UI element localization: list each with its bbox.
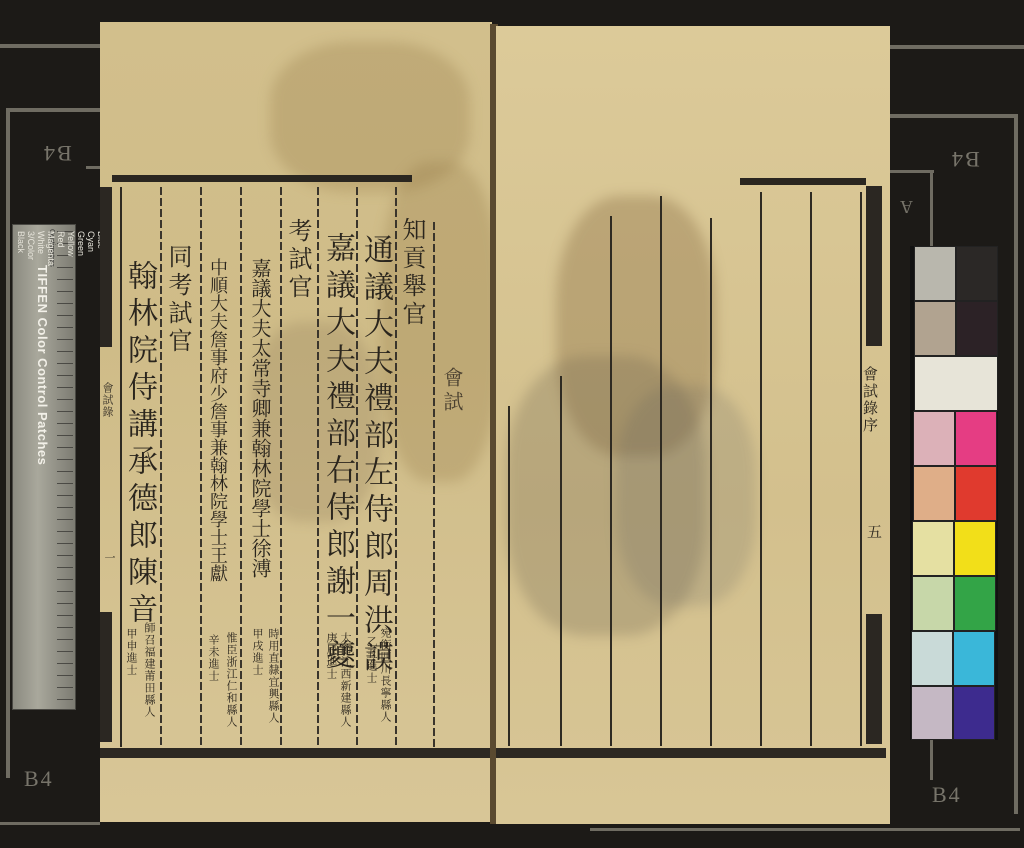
b4-label: B4: [932, 782, 962, 808]
ruler-ticks: [57, 231, 73, 701]
patch-peach: [913, 466, 955, 521]
patch-green: [954, 576, 996, 631]
background-guide-line: [6, 108, 10, 778]
background-guide-line: [1014, 114, 1018, 814]
column-rule: [433, 222, 435, 747]
column-rule: [317, 187, 319, 747]
background-guide-line: [590, 828, 1020, 831]
patch-neutral-light: [914, 246, 956, 301]
column-rule: [760, 192, 762, 746]
column-rule: [508, 406, 510, 746]
column-rule: [610, 216, 612, 746]
patch-magenta: [955, 411, 997, 466]
b4-label: B4: [24, 766, 54, 792]
color-name: Cyan: [86, 231, 96, 266]
column-rule: [240, 187, 242, 747]
patch-yellow-light: [912, 521, 954, 576]
official-zhou-hongmo: 通議大夫禮部左侍郎周洪謨: [360, 234, 390, 678]
color-name-list: Blue Cyan Green Yellow Red Magenta White…: [16, 231, 106, 284]
right-book-page: 會試錄序 五: [496, 26, 890, 824]
brand-logo: TIFFEN: [35, 265, 50, 314]
background-guide-line: [0, 822, 100, 825]
color-name: Magenta: [46, 231, 56, 266]
page-frame-top: [740, 178, 866, 185]
patch-lavender: [911, 686, 953, 740]
background-guide-line: [6, 108, 106, 112]
brand-subtitle: Color Control Patches: [35, 318, 50, 466]
patch-tan: [914, 301, 956, 356]
background-guide-line: [0, 44, 110, 48]
fold-margin-block: [866, 186, 882, 346]
column-rule: [160, 187, 162, 747]
patch-green-light: [912, 576, 954, 631]
color-name: 3/Color: [26, 231, 36, 266]
color-patch-card: [910, 246, 998, 740]
page-frame-top: [112, 175, 412, 182]
tiffen-color-control-strip: Centimetres Blue Cyan Green Yellow Red M…: [12, 224, 76, 710]
patch-black: [956, 301, 998, 356]
color-name: Black: [16, 231, 26, 266]
margin-huishi-label: 會試: [442, 367, 462, 415]
background-guide-line: [890, 170, 934, 173]
color-name: Red: [56, 231, 66, 266]
patch-pink-light: [913, 411, 955, 466]
page-frame-bottom: [100, 748, 490, 758]
official-wang-xian: 中順大夫詹事府少詹事兼翰林院學士王獻: [208, 258, 226, 582]
margin-title: 會試錄序: [862, 366, 877, 434]
column-rule: [560, 376, 562, 746]
fold-margin-block: [100, 187, 112, 347]
heading-kaoshi-guan: 考試官: [286, 218, 310, 302]
column-rule: [810, 192, 812, 746]
left-book-page: 會試錄 一 知貢舉官 通議大夫禮部左侍郎周洪謨 宛衡四川長寧縣人 乙丑進士 嘉議…: [100, 22, 492, 822]
background-guide-line: [890, 45, 1024, 49]
patch-neutral-dark: [956, 246, 998, 301]
background-guide-line: [86, 166, 100, 169]
patch-blue: [953, 686, 995, 740]
column-rule: [280, 187, 282, 747]
heading-tongkaoshi-guan: 同考試官: [166, 244, 190, 356]
column-rule: [710, 218, 712, 746]
margin-page-number: 一: [104, 552, 115, 564]
fold-margin-block: [100, 612, 112, 742]
b4-label: B4: [42, 140, 72, 166]
official-note: 甲申進士: [126, 628, 137, 676]
official-xu-pu: 嘉議大夫太常寺卿兼翰林院學士徐溥: [250, 258, 270, 578]
margin-title: 會試錄: [102, 382, 113, 418]
official-note: 師召福建莆田縣人: [144, 622, 155, 718]
heading-zhigongju-guan: 知貢舉官: [400, 217, 424, 329]
a-label: A: [898, 196, 913, 217]
official-note: 庚辰進士: [326, 632, 337, 680]
b4-label: B4: [950, 146, 980, 172]
patch-white: [914, 356, 998, 411]
patch-red: [955, 466, 997, 521]
official-note: 辛未進士: [208, 634, 219, 682]
official-note: 甲戌進士: [252, 628, 263, 676]
water-stain: [616, 386, 756, 606]
column-rule: [200, 187, 202, 747]
color-name: Yellow: [66, 231, 76, 266]
official-note: 宛衡四川長寧縣人: [380, 627, 391, 723]
page-frame-bottom: [496, 748, 886, 758]
column-rule: [860, 192, 862, 746]
official-note: 大節江西新建縣人: [340, 632, 351, 728]
color-name: Green: [76, 231, 86, 266]
patch-cyan-light: [911, 631, 953, 686]
official-xie-yikui: 嘉議大夫禮部右侍郎謝一夔: [322, 232, 352, 676]
fold-margin-block: [866, 614, 882, 744]
color-name: White: [36, 231, 46, 266]
column-rule: [395, 187, 397, 747]
column-rule: [660, 196, 662, 746]
official-note: 惟臣浙江仁和縣人: [226, 632, 237, 728]
tiffen-brand-title: TIFFEN Color Control Patches: [35, 265, 50, 465]
background-guide-line: [890, 114, 1018, 118]
patch-yellow: [954, 521, 996, 576]
official-note: 時用直隸宜興縣人: [268, 628, 279, 724]
patch-cyan: [953, 631, 995, 686]
official-note: 乙丑進士: [366, 636, 377, 684]
official-chen-yin: 翰林院侍講承德郎陳音: [124, 260, 154, 630]
margin-page-number: 五: [866, 524, 881, 541]
